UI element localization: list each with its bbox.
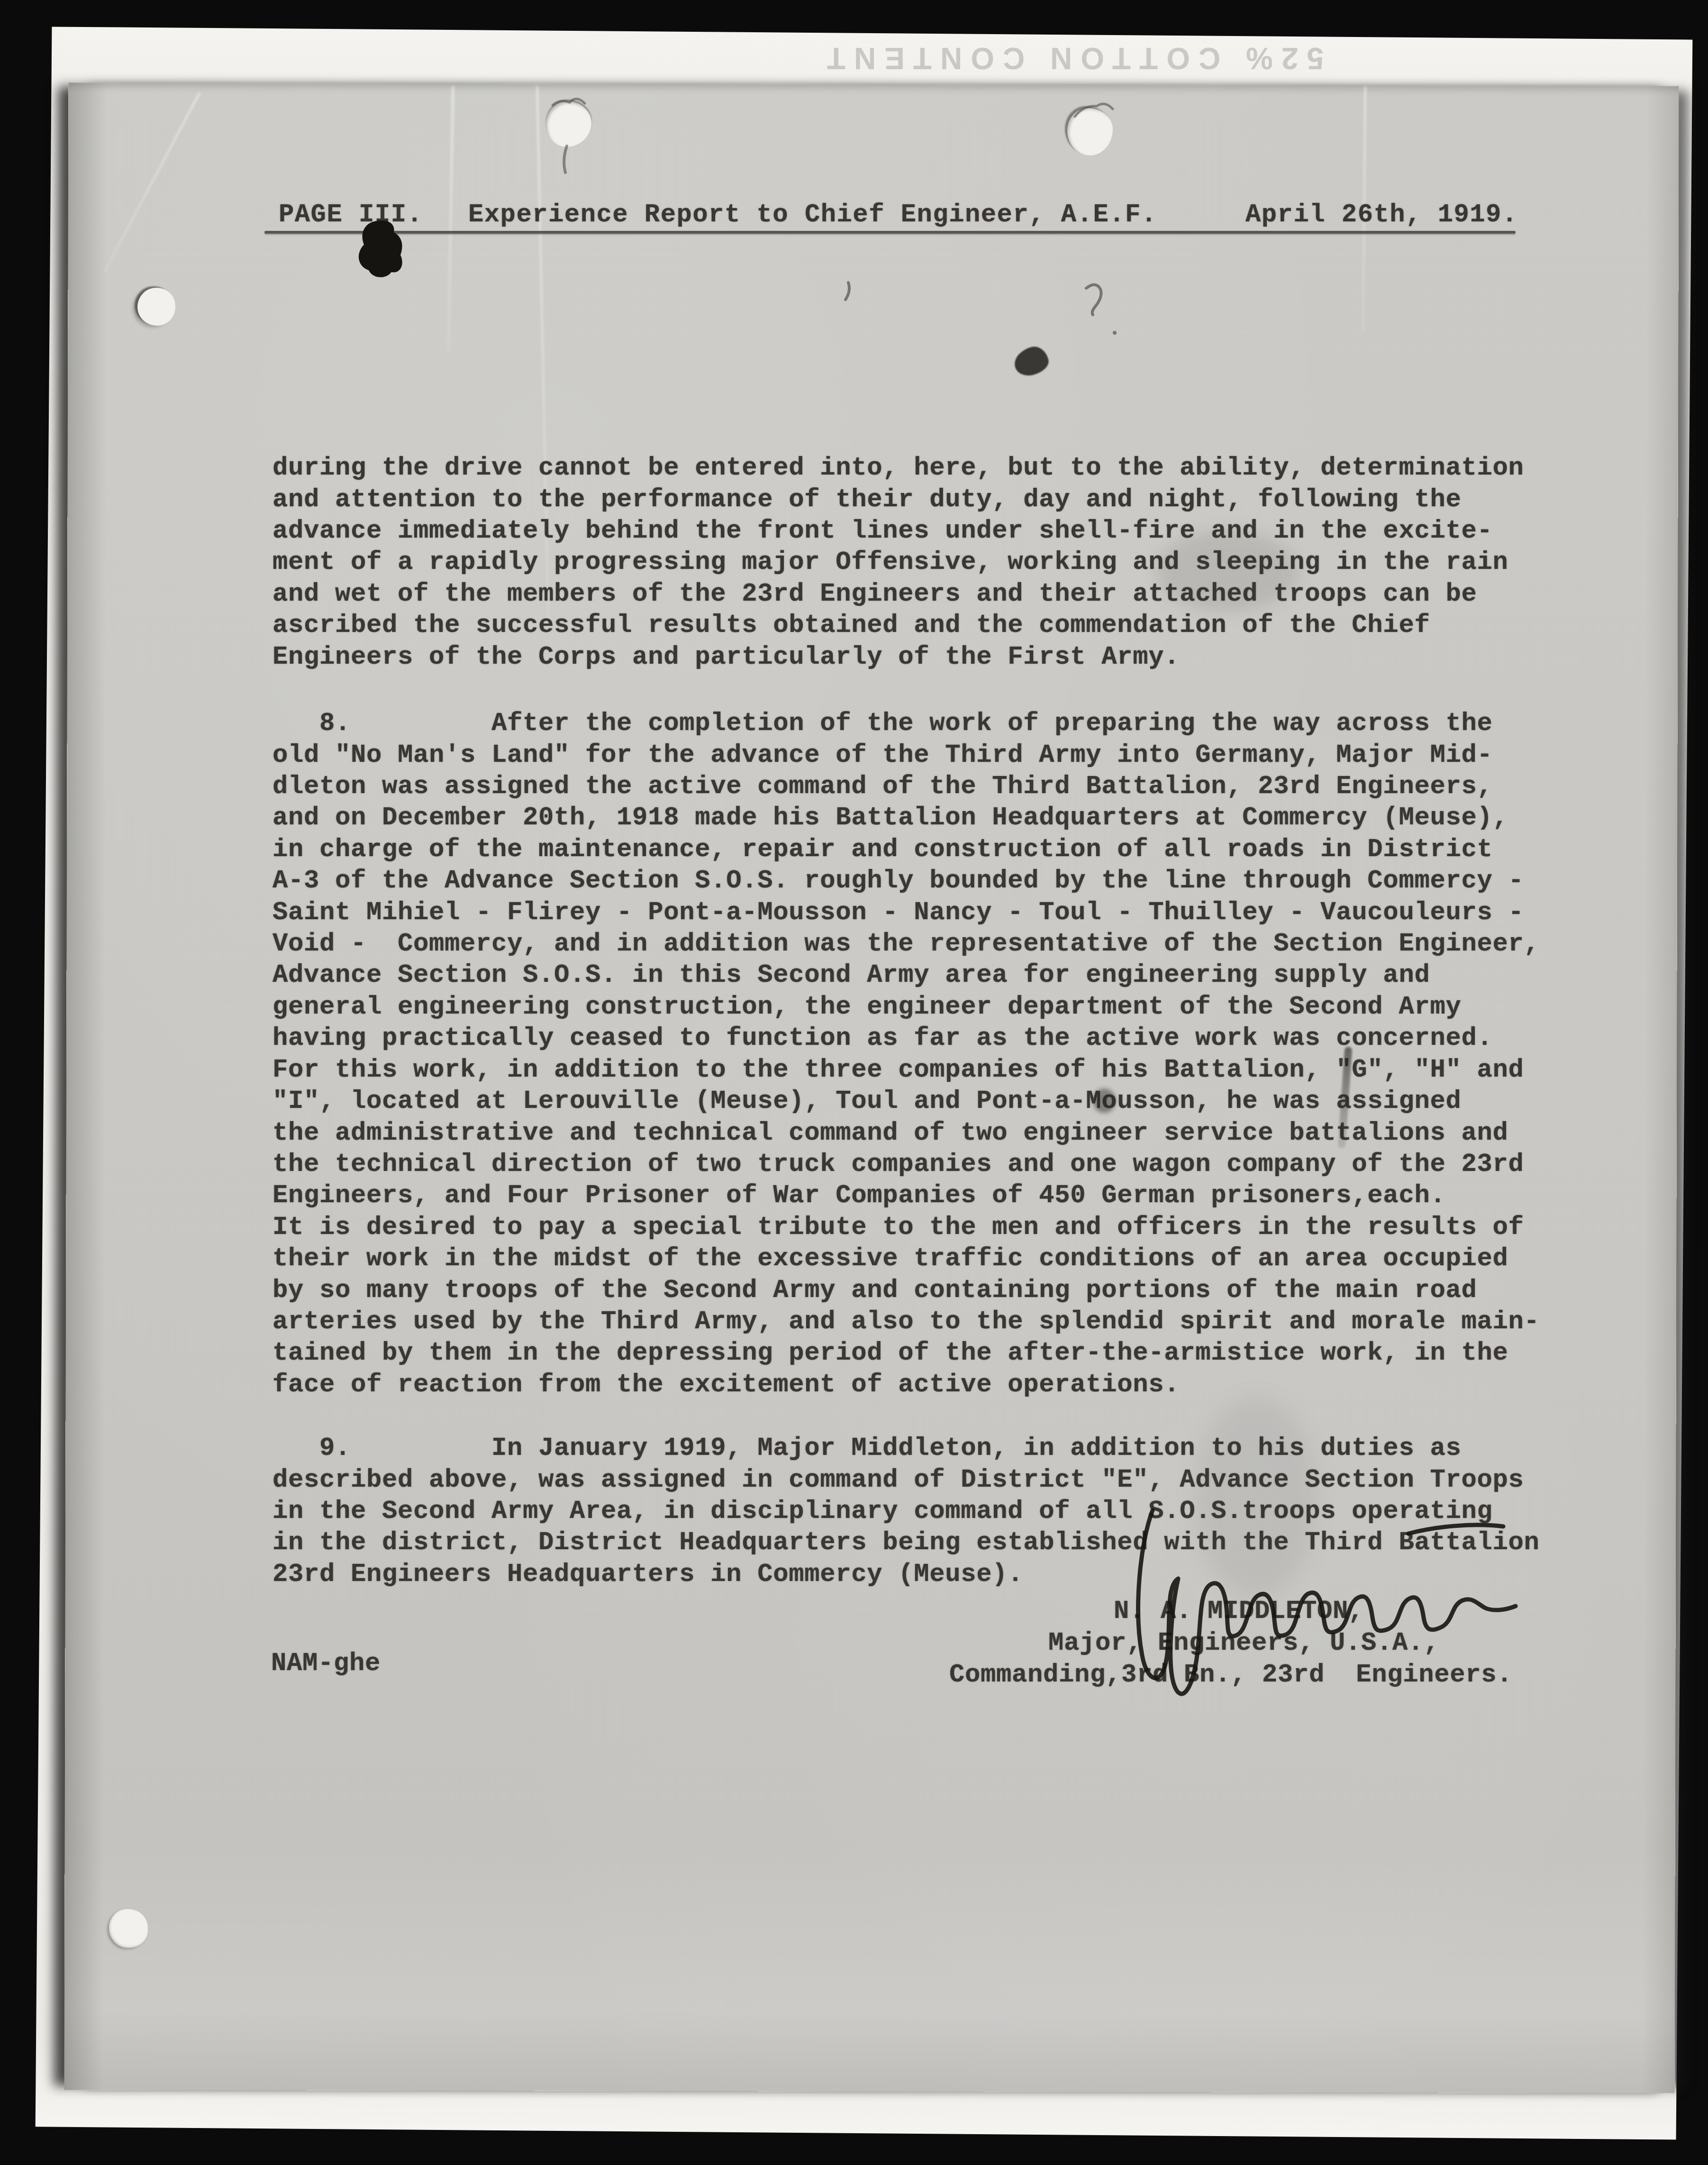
typewritten-line: their work in the midst of the excessive… bbox=[273, 1243, 1539, 1275]
typewritten-line: and on December 20th, 1918 made his Batt… bbox=[273, 803, 1539, 834]
typewritten-line: in charge of the maintenance, repair and… bbox=[273, 834, 1539, 866]
typewritten-line: ment of a rapidly progressing major Offe… bbox=[273, 547, 1524, 578]
typewritten-line: old "No Man's Land" for the advance of t… bbox=[273, 740, 1539, 771]
typewritten-line: 23rd Engineers Headquarters in Commercy … bbox=[273, 1559, 1539, 1590]
signatory-name: N. A. MIDDLETON, bbox=[1114, 1596, 1364, 1627]
typewritten-line: 9. In January 1919, Major Middleton, in … bbox=[273, 1433, 1539, 1464]
ink-smudge bbox=[1093, 1088, 1116, 1113]
typewritten-line: by so many troops of the Second Army and… bbox=[273, 1275, 1539, 1306]
typewritten-line: advance immediately behind the front lin… bbox=[273, 516, 1524, 547]
typewritten-line: "I", located at Lerouville (Meuse), Toul… bbox=[273, 1086, 1539, 1117]
scanned-document: 52% COTTON CONTENT PAGE III. Experience … bbox=[0, 0, 1708, 2165]
typewritten-line: Saint Mihiel - Flirey - Pont-a-Mousson -… bbox=[273, 897, 1539, 929]
typewritten-line: and wet of the members of the 23rd Engin… bbox=[273, 579, 1524, 610]
typewritten-line: during the drive cannot be entered into,… bbox=[273, 453, 1524, 484]
document-title: Experience Report to Chief Engineer, A.E… bbox=[468, 200, 1157, 231]
typewritten-line: and attention to the performance of thei… bbox=[273, 484, 1524, 516]
typewritten-line: general engineering construction, the en… bbox=[273, 992, 1539, 1023]
typewritten-line: the technical direction of two truck com… bbox=[273, 1149, 1539, 1180]
typewritten-line: in the district, District Headquarters b… bbox=[273, 1527, 1539, 1559]
typewritten-line: Advance Section S.O.S. in this Second Ar… bbox=[273, 960, 1539, 991]
typewritten-line: dleton was assigned the active command o… bbox=[273, 771, 1539, 803]
punch-hole bbox=[137, 288, 175, 326]
paragraph-section-8: 8. After the completion of the work of p… bbox=[273, 614, 1539, 1401]
typewritten-line: It is desired to pay a special tribute t… bbox=[273, 1212, 1539, 1243]
typist-initials: NAM-ghe bbox=[271, 1648, 381, 1680]
typewritten-line: in the Second Army Area, in disciplinary… bbox=[273, 1496, 1539, 1527]
typewritten-line: Engineers, and Four Prisoner of War Comp… bbox=[273, 1180, 1539, 1212]
signatory-rank: Major, Engineers, U.S.A., bbox=[1048, 1628, 1439, 1659]
punch-hole bbox=[109, 1909, 148, 1948]
header-underline bbox=[264, 231, 1516, 234]
document-date: April 26th, 1919. bbox=[1245, 200, 1518, 231]
typewritten-line: A-3 of the Advance Section S.O.S. roughl… bbox=[273, 866, 1539, 897]
typewritten-line: described above, was assigned in command… bbox=[273, 1465, 1539, 1496]
typewritten-line: 8. After the completion of the work of p… bbox=[273, 708, 1539, 740]
cotton-content-watermark: 52% COTTON CONTENT bbox=[749, 41, 1393, 76]
page-number-label: PAGE III. bbox=[279, 200, 423, 231]
typewritten-line: arteries used by the Third Army, and als… bbox=[273, 1306, 1539, 1338]
paragraph-section-9: 9. In January 1919, Major Middleton, in … bbox=[273, 1339, 1539, 1590]
signatory-command: Commanding,3rd Bn., 23rd Engineers. bbox=[949, 1660, 1512, 1691]
typewritten-line: Void - Commercy, and in addition was the… bbox=[273, 929, 1539, 960]
typewritten-line: the administrative and technical command… bbox=[273, 1118, 1539, 1149]
